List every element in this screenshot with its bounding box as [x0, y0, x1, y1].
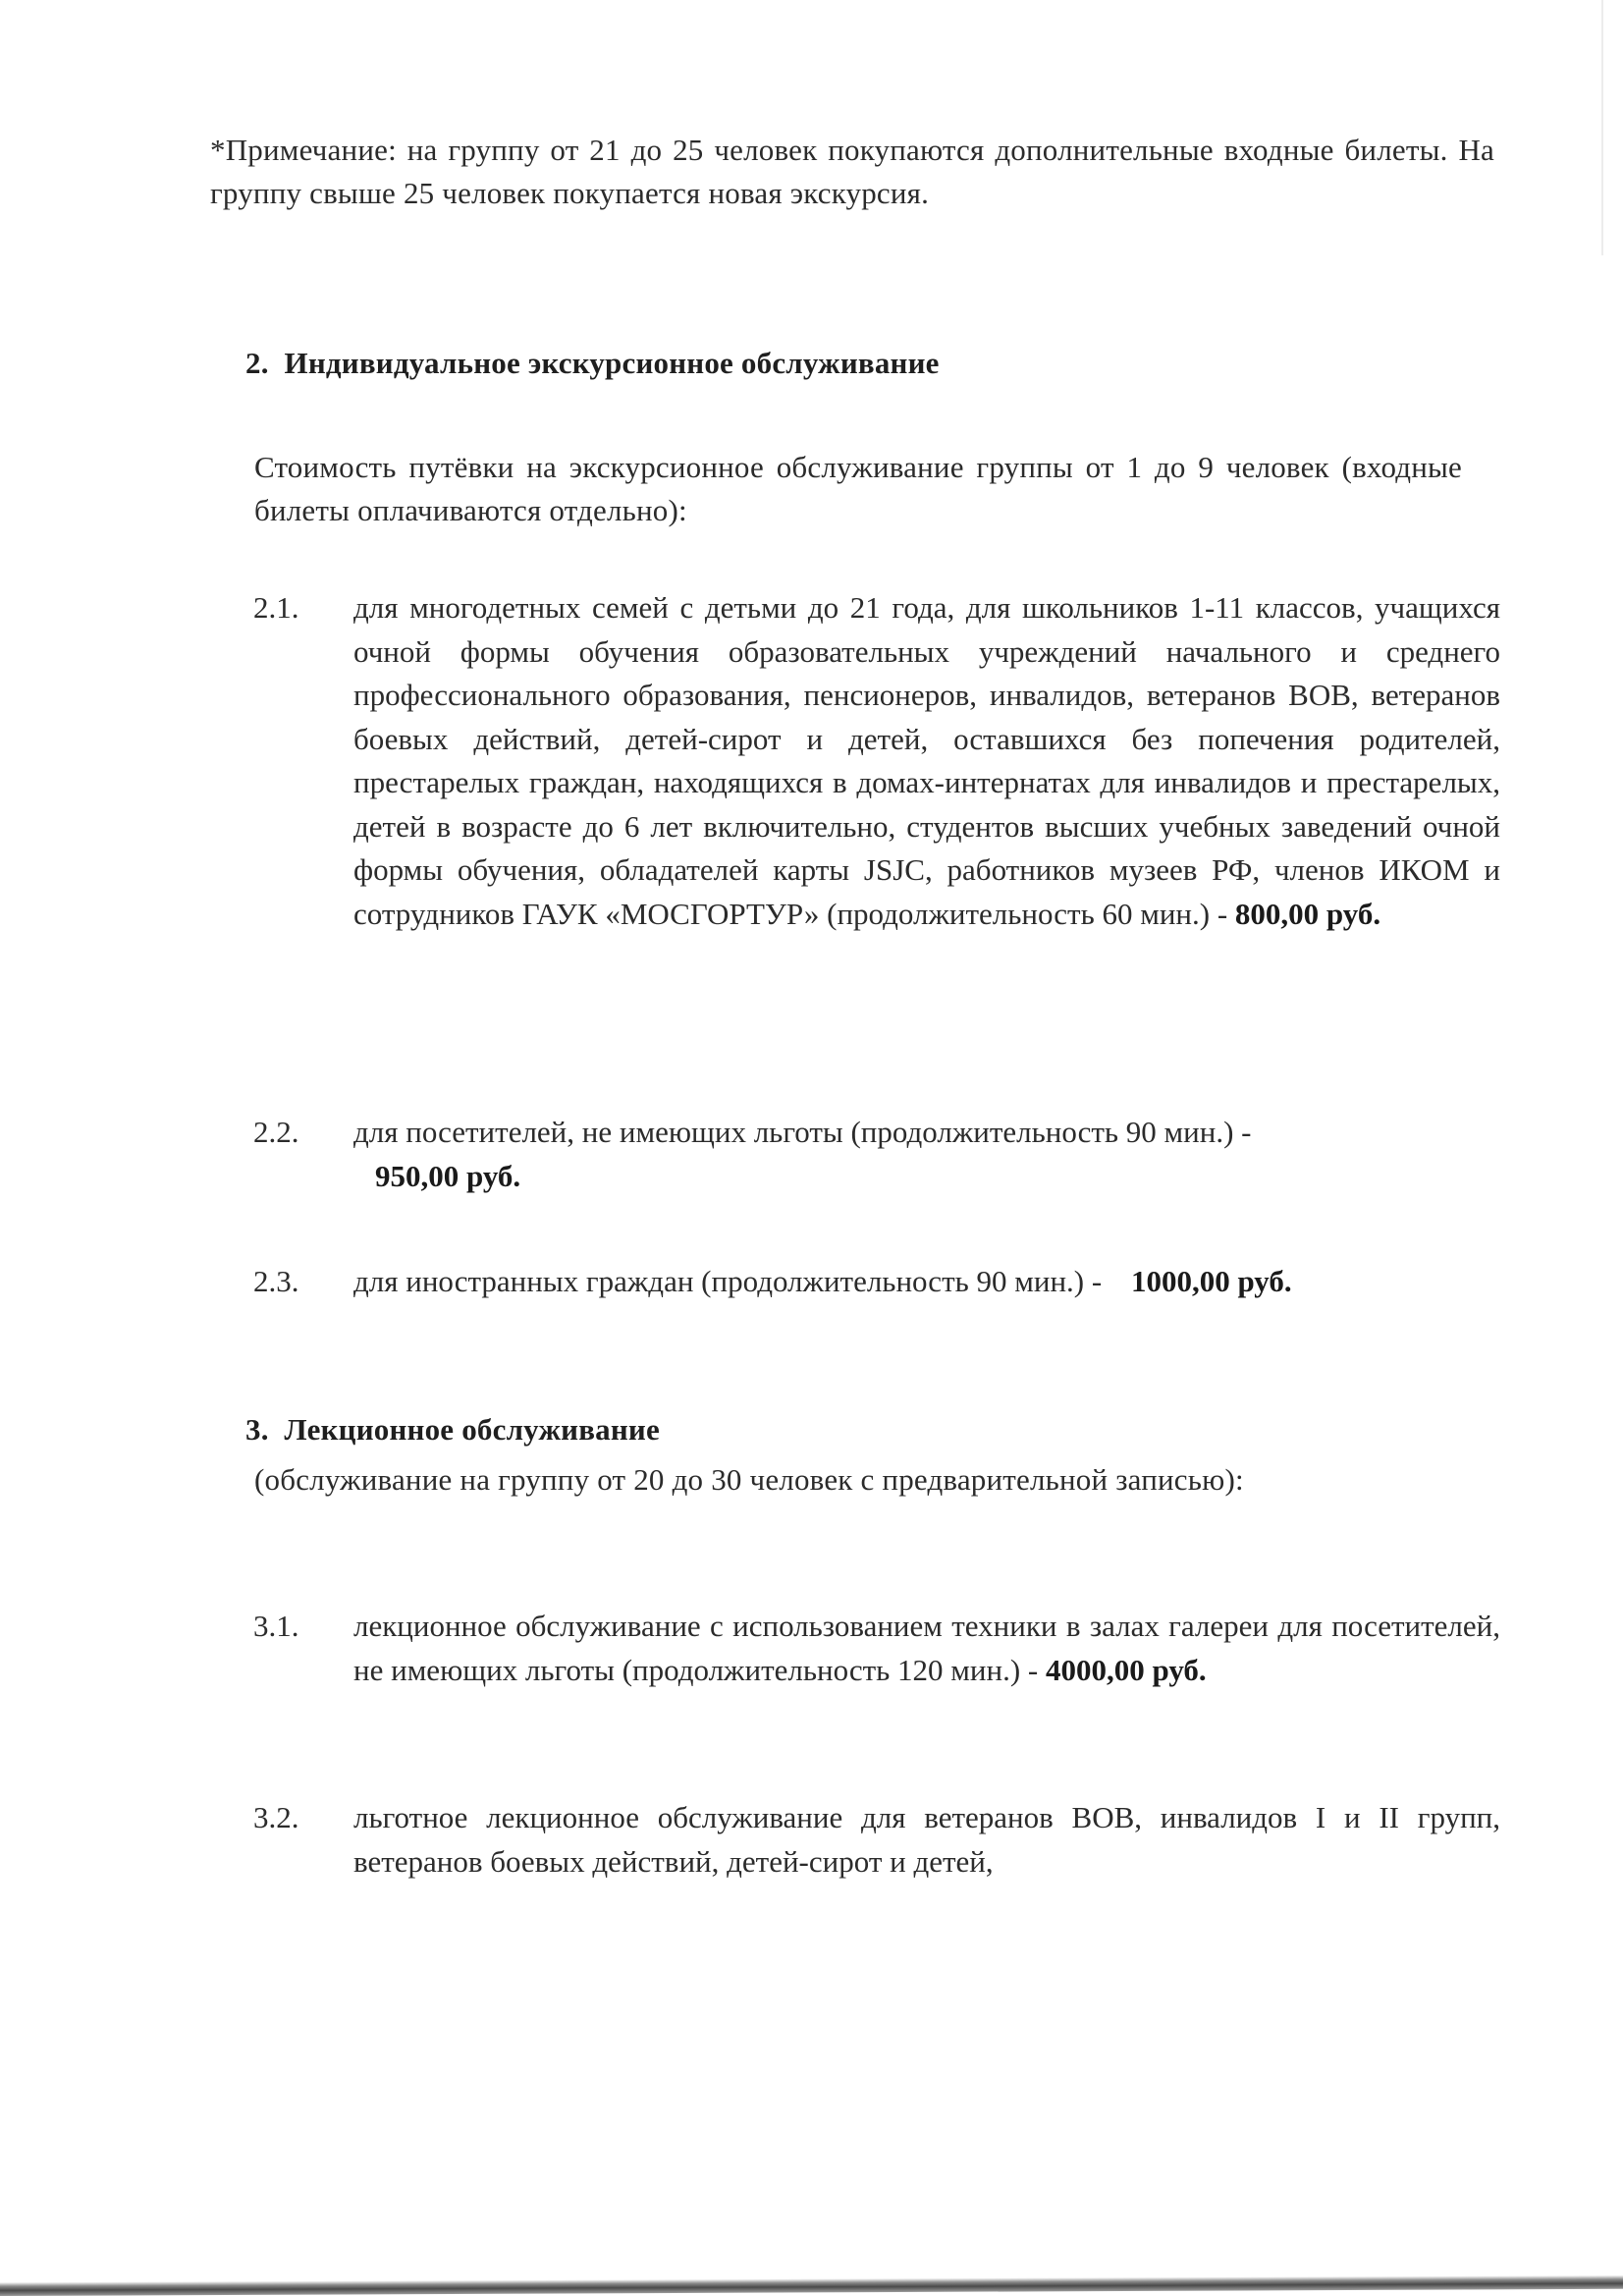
- scanned-page: *Примечание: на группу от 21 до 25 челов…: [0, 0, 1623, 2296]
- note-paragraph: *Примечание: на группу от 21 до 25 челов…: [210, 129, 1494, 215]
- section-2-intro: Стоимость путёвки на экскурсионное обслу…: [254, 446, 1462, 532]
- item-price: 1000,00 руб.: [1131, 1264, 1292, 1298]
- section-3-intro: (обслуживание на группу от 20 до 30 чело…: [254, 1458, 1495, 1502]
- item-description: лекционное обслуживание с использованием…: [353, 1609, 1500, 1687]
- section-3-intro-text: (обслуживание на группу от 20 до 30 чело…: [254, 1462, 1244, 1497]
- item-text: для многодетных семей с детьми до 21 год…: [353, 586, 1500, 936]
- item-description: льготное лекционное обслуживание для вет…: [353, 1800, 1500, 1879]
- item-text: лекционное обслуживание с использованием…: [353, 1605, 1500, 1692]
- item-text: для посетителей, не имеющих льготы (прод…: [353, 1111, 1500, 1198]
- item-price: 950,00 руб.: [375, 1159, 520, 1193]
- section-2-intro-text: Стоимость путёвки на экскурсионное обслу…: [254, 450, 1462, 527]
- item-number: 2.1.: [253, 586, 352, 630]
- section-3-heading: 3. Лекционное обслуживание: [245, 1408, 1424, 1451]
- item-text: для иностранных граждан (продолжительнос…: [353, 1260, 1500, 1304]
- item-price: 4000,00 руб.: [1046, 1653, 1207, 1687]
- item-number: 3.1.: [253, 1605, 352, 1649]
- item-description: для иностранных граждан (продолжительнос…: [353, 1264, 1102, 1298]
- scan-edge-right: [1601, 0, 1603, 255]
- item-description: для посетителей, не имеющих льготы (прод…: [353, 1115, 1252, 1149]
- note-text: *Примечание: на группу от 21 до 25 челов…: [210, 133, 1494, 210]
- item-number: 3.2.: [253, 1796, 352, 1840]
- scan-edge-bottom: [0, 2275, 1623, 2296]
- item-number: 2.2.: [253, 1111, 352, 1155]
- item-price: 800,00 руб.: [1235, 897, 1380, 931]
- item-description: для многодетных семей с детьми до 21 год…: [353, 590, 1500, 931]
- item-text: льготное лекционное обслуживание для вет…: [353, 1796, 1500, 1884]
- section-2-heading: 2. Индивидуальное экскурсионное обслужив…: [245, 342, 1424, 385]
- item-number: 2.3.: [253, 1260, 352, 1304]
